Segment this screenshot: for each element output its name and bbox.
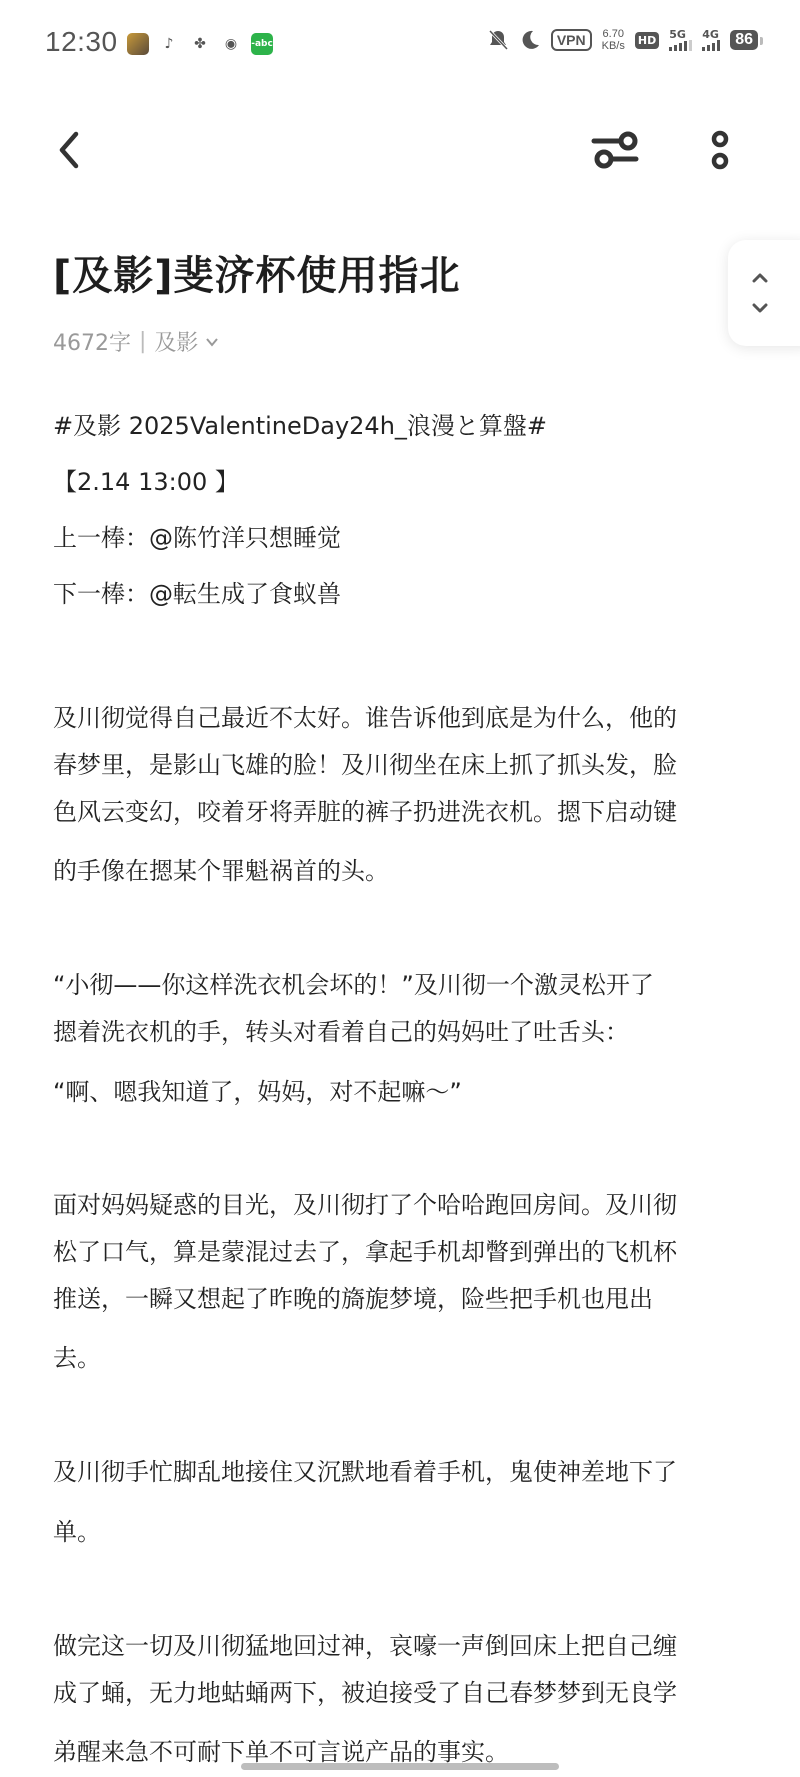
article-line: 色风云变幻，咬着牙将弄脏的裤子扔进洗衣机。摁下启动键 xyxy=(53,792,677,827)
article-line: 去。 xyxy=(53,1338,101,1373)
tiktok-icon: ♪ xyxy=(158,33,180,55)
article-line: 单。 xyxy=(53,1512,101,1547)
pubg-game-icon xyxy=(127,33,149,55)
article-line: 及川彻手忙脚乱地接住又沉默地看着手机，鬼使神差地下了 xyxy=(53,1452,677,1487)
display-settings-button[interactable] xyxy=(588,130,644,170)
moon-icon xyxy=(519,29,541,51)
signal-bars-icon xyxy=(702,40,720,51)
weibo-icon: ◉ xyxy=(220,33,242,55)
article-line: 松了口气，算是蒙混过去了，拿起手机却瞥到弹出的飞机杯 xyxy=(53,1232,677,1267)
status-app-icons: ♪ ✤ ◉ -abc xyxy=(127,33,273,55)
article-line: 成了蛹，无力地蛄蛹两下，被迫接受了自己春梦梦到无良学 xyxy=(53,1673,677,1708)
article-line: “啊、嗯我知道了，妈妈，对不起嘛～” xyxy=(53,1072,462,1107)
more-options-button[interactable] xyxy=(702,128,738,174)
network-speed: 6.70 KB/s xyxy=(602,28,625,52)
speed-unit: KB/s xyxy=(602,40,625,52)
article-title: [及影]斐济杯使用指北 xyxy=(53,244,461,301)
status-time: 12:30 xyxy=(45,26,118,58)
chevron-up-icon xyxy=(750,268,770,288)
signal-5g: 5G xyxy=(669,29,692,51)
scroll-up-button[interactable] xyxy=(750,268,770,288)
article-meta: 4672字 | 及影 xyxy=(53,326,220,357)
signal-5g-label: 5G xyxy=(669,29,686,40)
article-line: 弟醒来急不可耐下单不可言说产品的事实。 xyxy=(53,1732,509,1767)
status-bar: 12:30 ♪ ✤ ◉ -abc VPN 6.70 KB/s HD 5G 4G … xyxy=(0,0,800,88)
article-line: “小彻——你这样洗衣机会坏的！”及川彻一个激灵松开了 xyxy=(53,965,654,1000)
article-line: 上一棒：@陈竹洋只想睡觉 xyxy=(53,518,341,553)
article-line: 及川彻觉得自己最近不太好。谁告诉他到底是为什么，他的 xyxy=(53,698,677,733)
vpn-badge: VPN xyxy=(551,29,592,51)
chapter-scroll-panel xyxy=(728,240,800,346)
home-indicator[interactable] xyxy=(241,1763,559,1770)
article-line: 推送，一瞬又想起了昨晚的旖旎梦境，险些把手机也甩出 xyxy=(53,1279,653,1314)
scroll-down-button[interactable] xyxy=(750,298,770,318)
signal-4g: 4G xyxy=(702,29,720,51)
status-indicators: VPN 6.70 KB/s HD 5G 4G 86 xyxy=(487,28,758,52)
hd-voice-badge: HD xyxy=(635,32,659,49)
article-line: 【2.14 13:00 】 xyxy=(53,462,239,497)
sliders-icon xyxy=(588,130,644,170)
bell-muted-icon xyxy=(487,29,509,51)
article-line: 下一棒：@転生成了食蚁兽 xyxy=(53,574,341,609)
article-line: 摁着洗衣机的手，转头对看着自己的妈妈吐了吐舌头： xyxy=(53,1012,629,1047)
meta-separator: | xyxy=(139,329,146,354)
top-nav xyxy=(0,110,800,190)
back-button[interactable] xyxy=(50,126,90,174)
more-vertical-icon xyxy=(702,128,738,174)
signal-bars-icon xyxy=(669,40,692,51)
article-line: 春梦里，是影山飞雄的脸！及川彻坐在床上抓了抓头发，脸 xyxy=(53,745,677,780)
chevron-down-icon xyxy=(204,334,220,350)
pinwheel-icon: ✤ xyxy=(189,33,211,55)
battery-indicator: 86 xyxy=(730,30,758,50)
article-line: 面对妈妈疑惑的目光，及川彻打了个哈哈跑回房间。及川彻 xyxy=(53,1185,677,1220)
chevron-down-icon xyxy=(750,298,770,318)
article-line: 做完这一切及川彻猛地回过神，哀嚎一声倒回床上把自己缠 xyxy=(53,1626,677,1661)
tag-dropdown[interactable]: 及影 xyxy=(154,326,220,357)
article-line: #及影 2025ValentineDay24h_浪漫と算盤# xyxy=(53,406,547,441)
speed-value: 6.70 xyxy=(603,28,624,40)
chevron-left-icon xyxy=(50,126,90,174)
word-count: 4672字 xyxy=(53,326,131,357)
abc-keyboard-icon: -abc xyxy=(251,33,273,55)
signal-4g-label: 4G xyxy=(702,29,719,40)
tag-label: 及影 xyxy=(154,326,198,357)
article-line: 的手像在摁某个罪魁祸首的头。 xyxy=(53,851,389,886)
